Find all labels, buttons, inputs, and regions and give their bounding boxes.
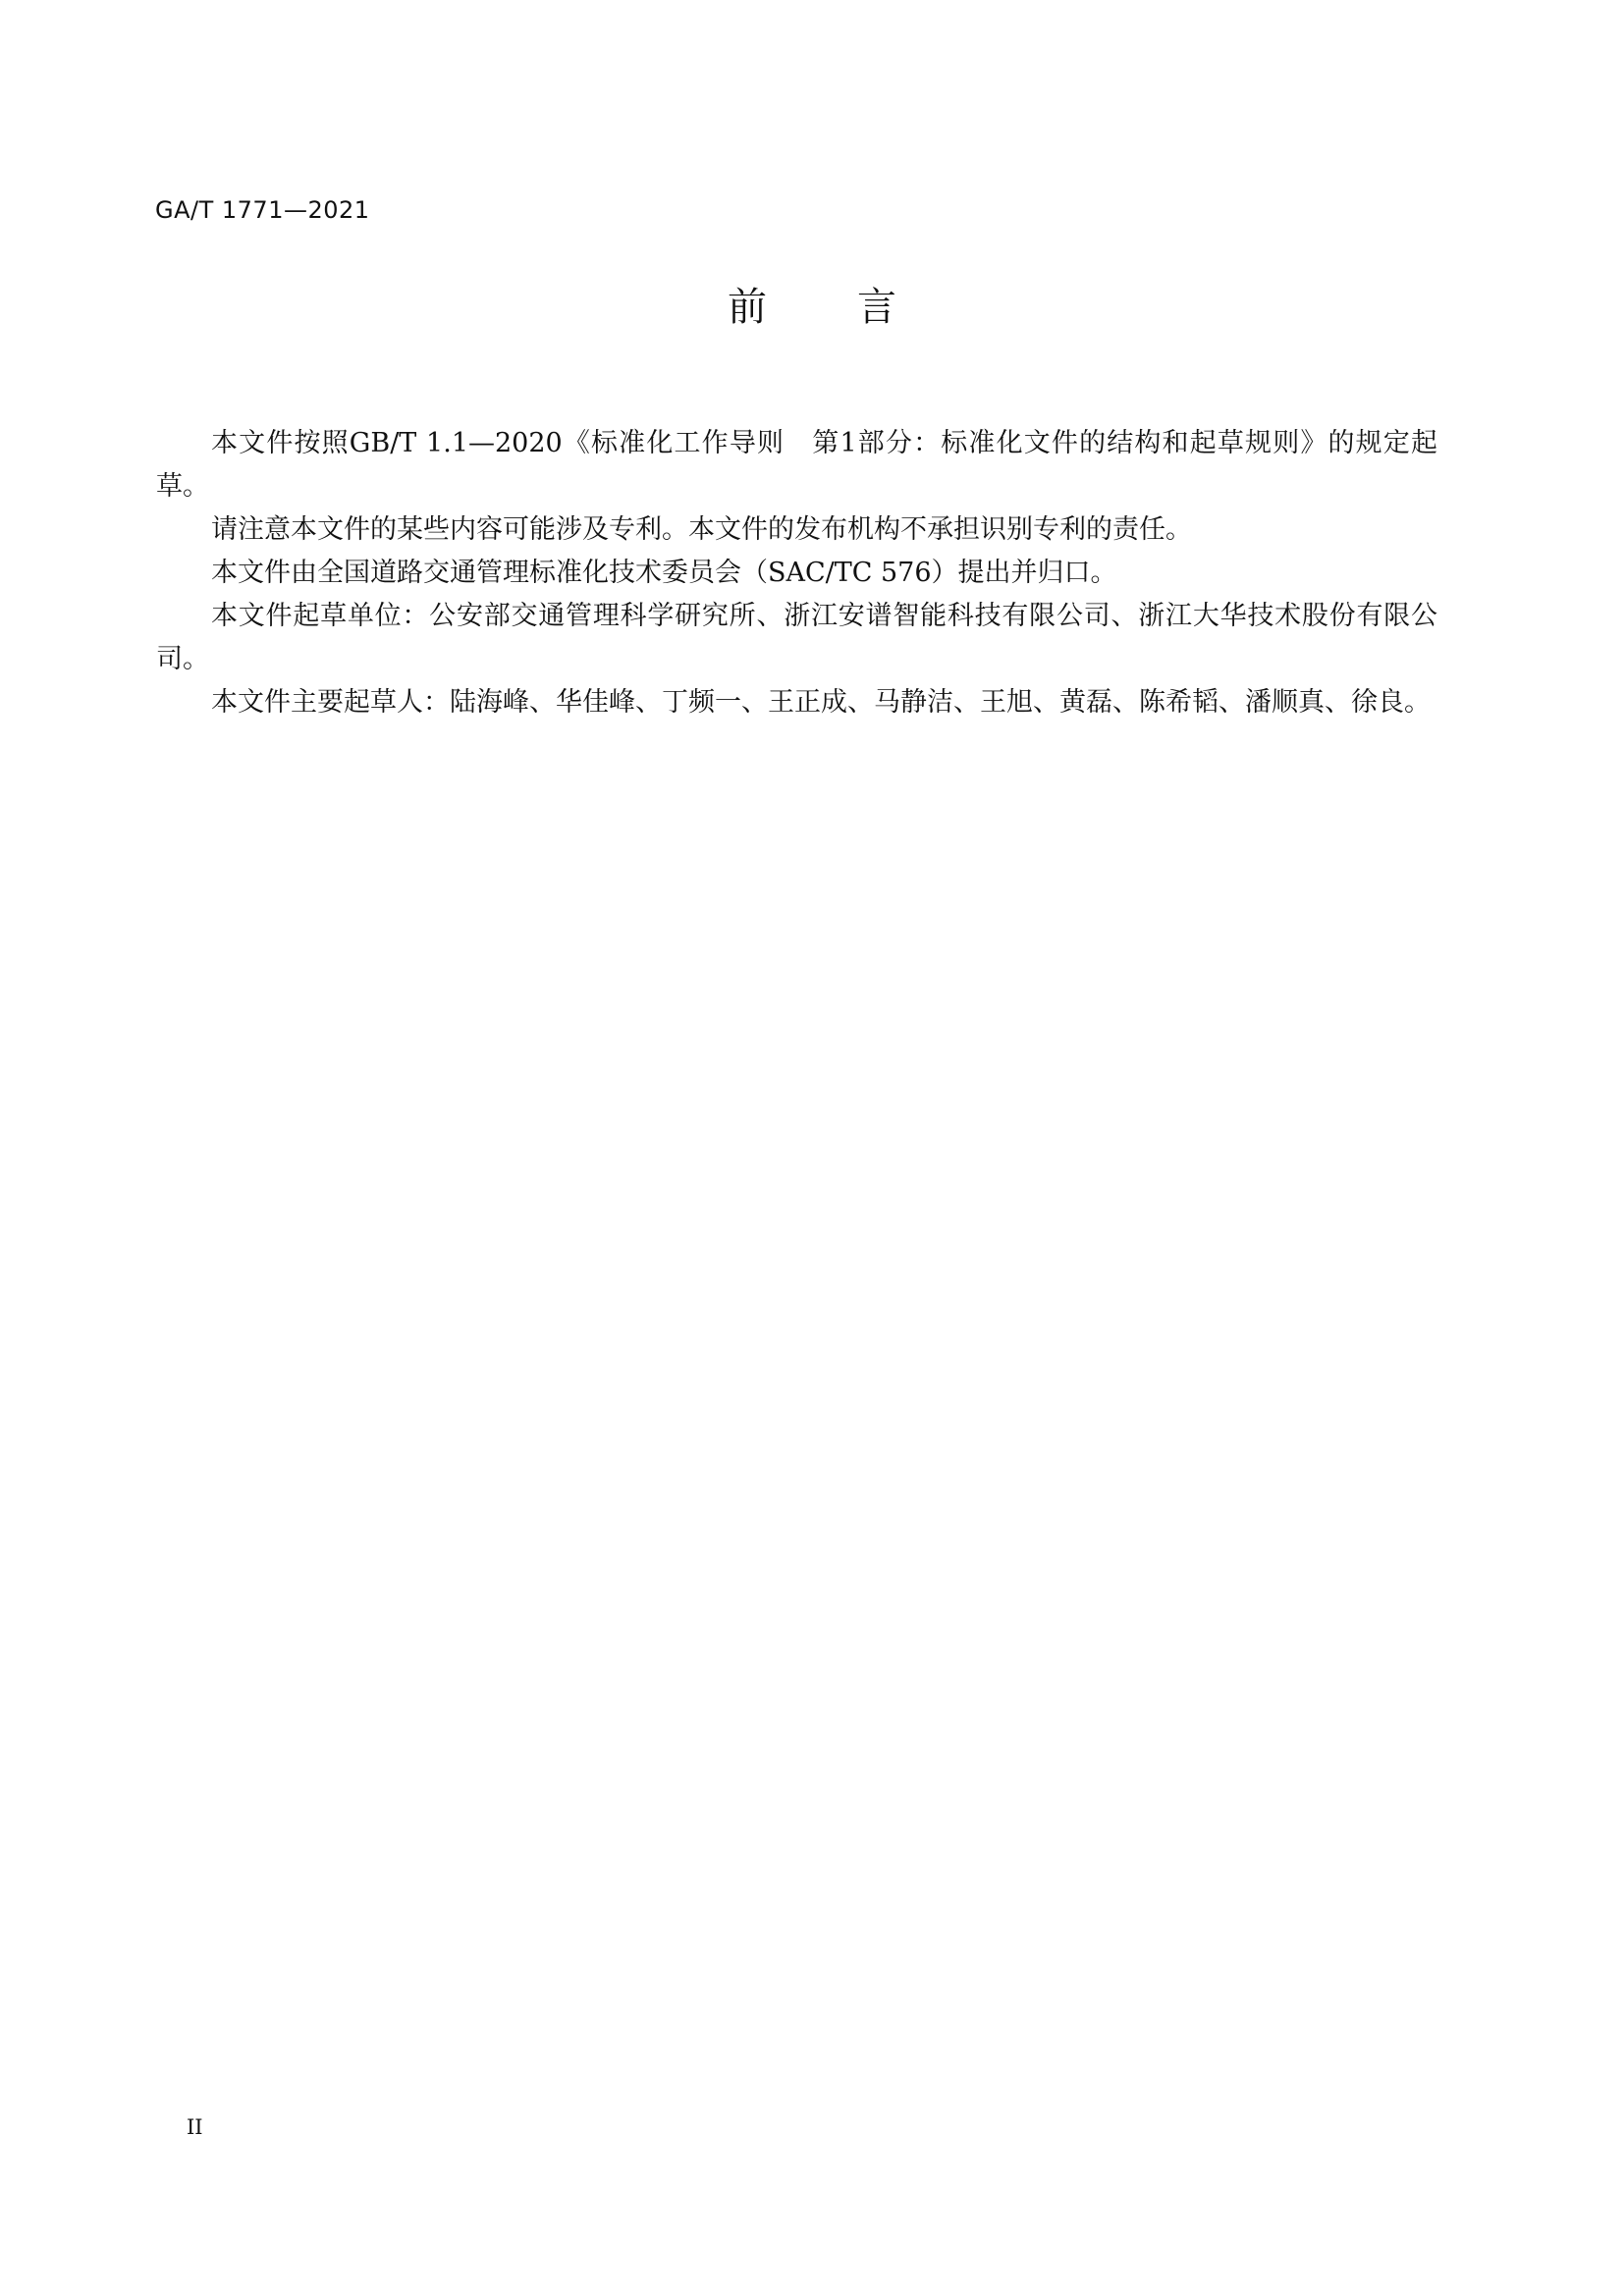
document-page: GA/T 1771—2021 前言 本文件按照GB/T 1.1—2020《标准化… [0, 0, 1624, 2296]
page-number: II [187, 2115, 203, 2139]
foreword-body: 本文件按照GB/T 1.1—2020《标准化工作导则 第1部分：标准化文件的结构… [156, 422, 1437, 724]
page-title: 前言 [0, 278, 1624, 337]
paragraph-drafters: 本文件主要起草人：陆海峰、华佳峰、丁频一、王正成、马静洁、王旭、黄磊、陈希韬、潘… [156, 681, 1437, 724]
paragraph-drafting-rules: 本文件按照GB/T 1.1—2020《标准化工作导则 第1部分：标准化文件的结构… [156, 422, 1437, 508]
paragraph-patent-notice: 请注意本文件的某些内容可能涉及专利。本文件的发布机构不承担识别专利的责任。 [156, 508, 1437, 552]
paragraph-proposer: 本文件由全国道路交通管理标准化技术委员会（SAC/TC 576）提出并归口。 [156, 552, 1437, 595]
title-char-2: 言 [857, 278, 896, 337]
paragraph-drafting-units: 本文件起草单位：公安部交通管理科学研究所、浙江安谱智能科技有限公司、浙江大华技术… [156, 595, 1437, 681]
document-code: GA/T 1771—2021 [155, 196, 370, 224]
title-char-1: 前 [728, 278, 767, 337]
